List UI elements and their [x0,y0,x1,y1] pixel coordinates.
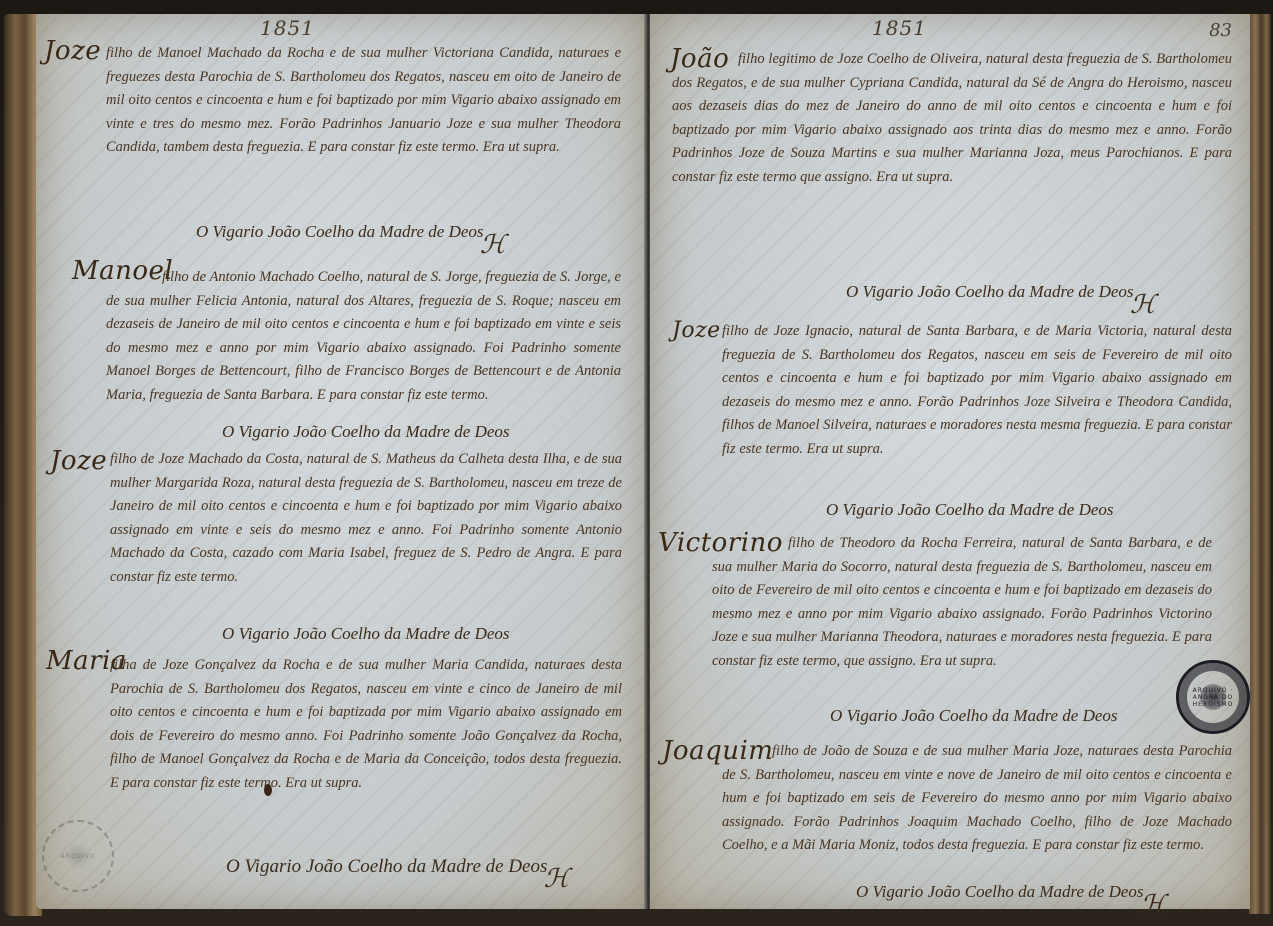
signature-flourish-icon: ℋ [544,864,570,894]
ink-blot [264,784,272,796]
entry-name: Joze [44,36,101,66]
signature-text: O Vigario João Coelho da Madre de Deos [826,500,1114,519]
entry-text: filho de João de Souza e de sua mulher M… [722,740,1232,858]
entry-text: filho de Theodoro da Rocha Ferreira, nat… [712,532,1212,673]
vicar-signature: O Vigario João Coelho da Madre de Deos ℋ [846,282,1134,302]
vicar-signature: O Vigario João Coelho da Madre de Deos ℋ [226,856,547,878]
year-header: 1851 [872,16,927,40]
page-number: 83 [1209,20,1232,41]
signature-text: O Vigario João Coelho da Madre de Deos [196,222,484,241]
vicar-signature: O Vigario João Coelho da Madre de Deos [222,422,510,442]
stamp-emblem-icon [64,842,91,869]
right-page-stack-edge [1249,14,1271,914]
vicar-signature: O Vigario João Coelho da Madre de Deos ℋ [856,882,1144,902]
entry-name: Joze [50,446,107,476]
signature-text: O Vigario João Coelho da Madre de Deos [846,282,1134,301]
signature-text: O Vigario João Coelho da Madre de Deos [226,856,547,877]
right-page: 1851 83 João filho legitimo de Joze Coel… [650,14,1250,909]
stamp-emblem-icon [1199,683,1226,710]
signature-text: O Vigario João Coelho da Madre de Deos [856,882,1144,901]
entry-text: filho de Antonio Machado Coelho, natural… [106,266,621,407]
entry-text: filho legitimo de Joze Coelho de Oliveir… [672,48,1232,189]
signature-text: O Vigario João Coelho da Madre de Deos [222,624,510,643]
vicar-signature: O Vigario João Coelho da Madre de Deos ℋ [196,222,484,242]
entry-text: filho de Joze Machado da Costa, natural … [110,448,622,589]
signature-flourish-icon: ℋ [1130,290,1156,320]
entry-name: Joze [672,318,721,343]
archive-stamp: ARQUIVO · ANGRA DO HEROISMO [1176,660,1250,734]
signature-text: O Vigario João Coelho da Madre de Deos [222,422,510,441]
signature-flourish-icon: ℋ [480,230,506,260]
vicar-signature: O Vigario João Coelho da Madre de Deos [830,706,1118,726]
vicar-signature: O Vigario João Coelho da Madre de Deos [222,624,510,644]
register-book: 1851 Joze filho de Manoel Machado da Roc… [0,0,1273,926]
vicar-signature: O Vigario João Coelho da Madre de Deos [826,500,1114,520]
entry-text: filho de Manoel Machado da Rocha e de su… [106,42,621,160]
left-page: 1851 Joze filho de Manoel Machado da Roc… [36,14,646,909]
archive-stamp-faded: ARQUIVO [42,820,114,892]
entry-text: filha de Joze Gonçalvez da Rocha e de su… [110,654,622,795]
signature-text: O Vigario João Coelho da Madre de Deos [830,706,1118,725]
signature-flourish-icon: ℋ [1140,890,1166,920]
entry-text: filho de Joze Ignacio, natural de Santa … [722,320,1232,461]
year-header: 1851 [260,16,315,40]
